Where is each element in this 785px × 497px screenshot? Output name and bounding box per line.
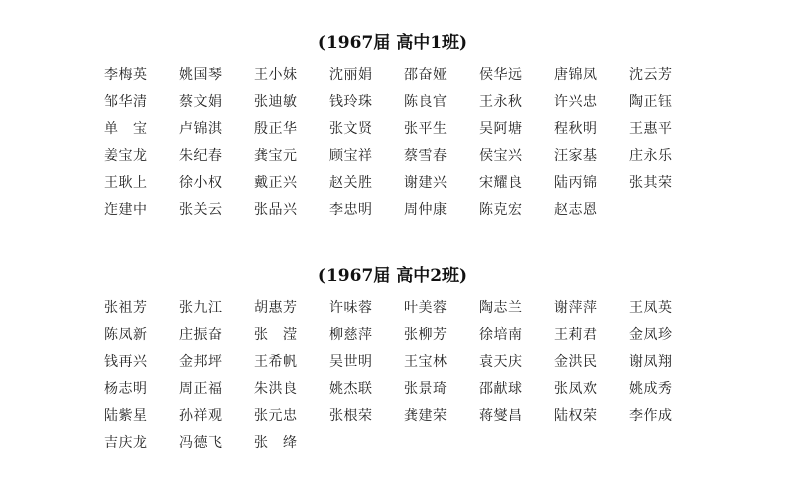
student-name: 程秋明 — [554, 116, 629, 143]
student-name: 孙祥观 — [179, 403, 254, 430]
student-name: 张平生 — [404, 116, 479, 143]
student-name: 侯华远 — [479, 62, 554, 89]
student-name: 邵献球 — [479, 376, 554, 403]
student-name: 李梅英 — [104, 62, 179, 89]
student-name: 周正福 — [179, 376, 254, 403]
student-name: 张祖芳 — [104, 295, 179, 322]
student-name: 张关云 — [179, 197, 254, 224]
student-name: 殷正华 — [254, 116, 329, 143]
student-name: 胡惠芳 — [254, 295, 329, 322]
student-name: 金邦坪 — [179, 349, 254, 376]
student-name: 许兴忠 — [554, 89, 629, 116]
student-name: 龚宝元 — [254, 143, 329, 170]
student-name: 邹华清 — [104, 89, 179, 116]
student-name: 许味蓉 — [329, 295, 404, 322]
student-name: 张其荣 — [629, 170, 704, 197]
student-name: 袁天庆 — [479, 349, 554, 376]
student-name: 姚国琴 — [179, 62, 254, 89]
student-name: 吴世明 — [329, 349, 404, 376]
student-name: 谢建兴 — [404, 170, 479, 197]
student-name: 陈凤新 — [104, 322, 179, 349]
student-name: 谢萍萍 — [554, 295, 629, 322]
student-name: 王小妹 — [254, 62, 329, 89]
student-name: 沈丽娟 — [329, 62, 404, 89]
student-name: 金凤珍 — [629, 322, 704, 349]
student-name: 张文贤 — [329, 116, 404, 143]
student-name: 唐锦凤 — [554, 62, 629, 89]
student-name: 龚建荣 — [404, 403, 479, 430]
student-name: 张凤欢 — [554, 376, 629, 403]
student-name: 姚成秀 — [629, 376, 704, 403]
student-name: 王惠平 — [629, 116, 704, 143]
student-name: 顾宝祥 — [329, 143, 404, 170]
student-name: 朱洪良 — [254, 376, 329, 403]
student-name: 张根荣 — [329, 403, 404, 430]
student-name: 陈良官 — [404, 89, 479, 116]
student-name: 姜宝龙 — [104, 143, 179, 170]
student-name: 庄永乐 — [629, 143, 704, 170]
student-name: 李忠明 — [329, 197, 404, 224]
student-name: 谢凤翔 — [629, 349, 704, 376]
class-2-name-list: 张祖芳张九江胡惠芳许味蓉叶美蓉陶志兰谢萍萍王凤英陈凤新庄振奋张 滢柳慈萍张柳芳徐… — [104, 295, 704, 457]
student-name: 叶美蓉 — [404, 295, 479, 322]
student-name: 张景琦 — [404, 376, 479, 403]
student-name: 单 宝 — [104, 116, 179, 143]
student-name: 汪家基 — [554, 143, 629, 170]
student-name: 沈云芳 — [629, 62, 704, 89]
student-name: 王莉君 — [554, 322, 629, 349]
student-name: 吴阿塘 — [479, 116, 554, 143]
student-name: 柳慈萍 — [329, 322, 404, 349]
student-name: 张柳芳 — [404, 322, 479, 349]
student-name: 陆权荣 — [554, 403, 629, 430]
student-name: 徐小权 — [179, 170, 254, 197]
class-1-title: (1967届 高中1班) — [0, 28, 785, 53]
student-name: 姚杰联 — [329, 376, 404, 403]
student-name: 钱再兴 — [104, 349, 179, 376]
student-name: 王宝林 — [404, 349, 479, 376]
student-name: 张九江 — [179, 295, 254, 322]
student-name: 杨志明 — [104, 376, 179, 403]
student-name: 卢锦淇 — [179, 116, 254, 143]
class-2-title: (1967届 高中2班) — [0, 261, 785, 286]
student-name: 陆紫星 — [104, 403, 179, 430]
student-name: 张迪敏 — [254, 89, 329, 116]
student-name: 蒋燮昌 — [479, 403, 554, 430]
student-name: 吉庆龙 — [104, 430, 179, 457]
student-name: 陆丙锦 — [554, 170, 629, 197]
student-name: 周仲康 — [404, 197, 479, 224]
student-name: 金洪民 — [554, 349, 629, 376]
student-name: 陶志兰 — [479, 295, 554, 322]
student-name: 迮建中 — [104, 197, 179, 224]
student-name: 戴正兴 — [254, 170, 329, 197]
student-name: 李作成 — [629, 403, 704, 430]
student-name: 陈克宏 — [479, 197, 554, 224]
student-name: 张 绛 — [254, 430, 329, 457]
student-name: 王永秋 — [479, 89, 554, 116]
student-name: 张品兴 — [254, 197, 329, 224]
student-name: 陶正钰 — [629, 89, 704, 116]
student-name: 侯宝兴 — [479, 143, 554, 170]
student-name: 冯德飞 — [179, 430, 254, 457]
student-name: 蔡文娟 — [179, 89, 254, 116]
student-name: 赵志恩 — [554, 197, 629, 224]
student-name: 邵奋娅 — [404, 62, 479, 89]
student-name: 赵关胜 — [329, 170, 404, 197]
student-name: 王希帆 — [254, 349, 329, 376]
student-name: 钱玲珠 — [329, 89, 404, 116]
class-1-name-list: 李梅英姚国琴王小妹沈丽娟邵奋娅侯华远唐锦凤沈云芳邹华清蔡文娟张迪敏钱玲珠陈良官王… — [104, 62, 704, 224]
student-name: 王凤英 — [629, 295, 704, 322]
student-name: 王耿上 — [104, 170, 179, 197]
student-name: 宋耀良 — [479, 170, 554, 197]
student-name: 张 滢 — [254, 322, 329, 349]
student-name: 朱纪春 — [179, 143, 254, 170]
student-name: 蔡雪春 — [404, 143, 479, 170]
student-name: 张元忠 — [254, 403, 329, 430]
student-name: 庄振奋 — [179, 322, 254, 349]
student-name: 徐培南 — [479, 322, 554, 349]
